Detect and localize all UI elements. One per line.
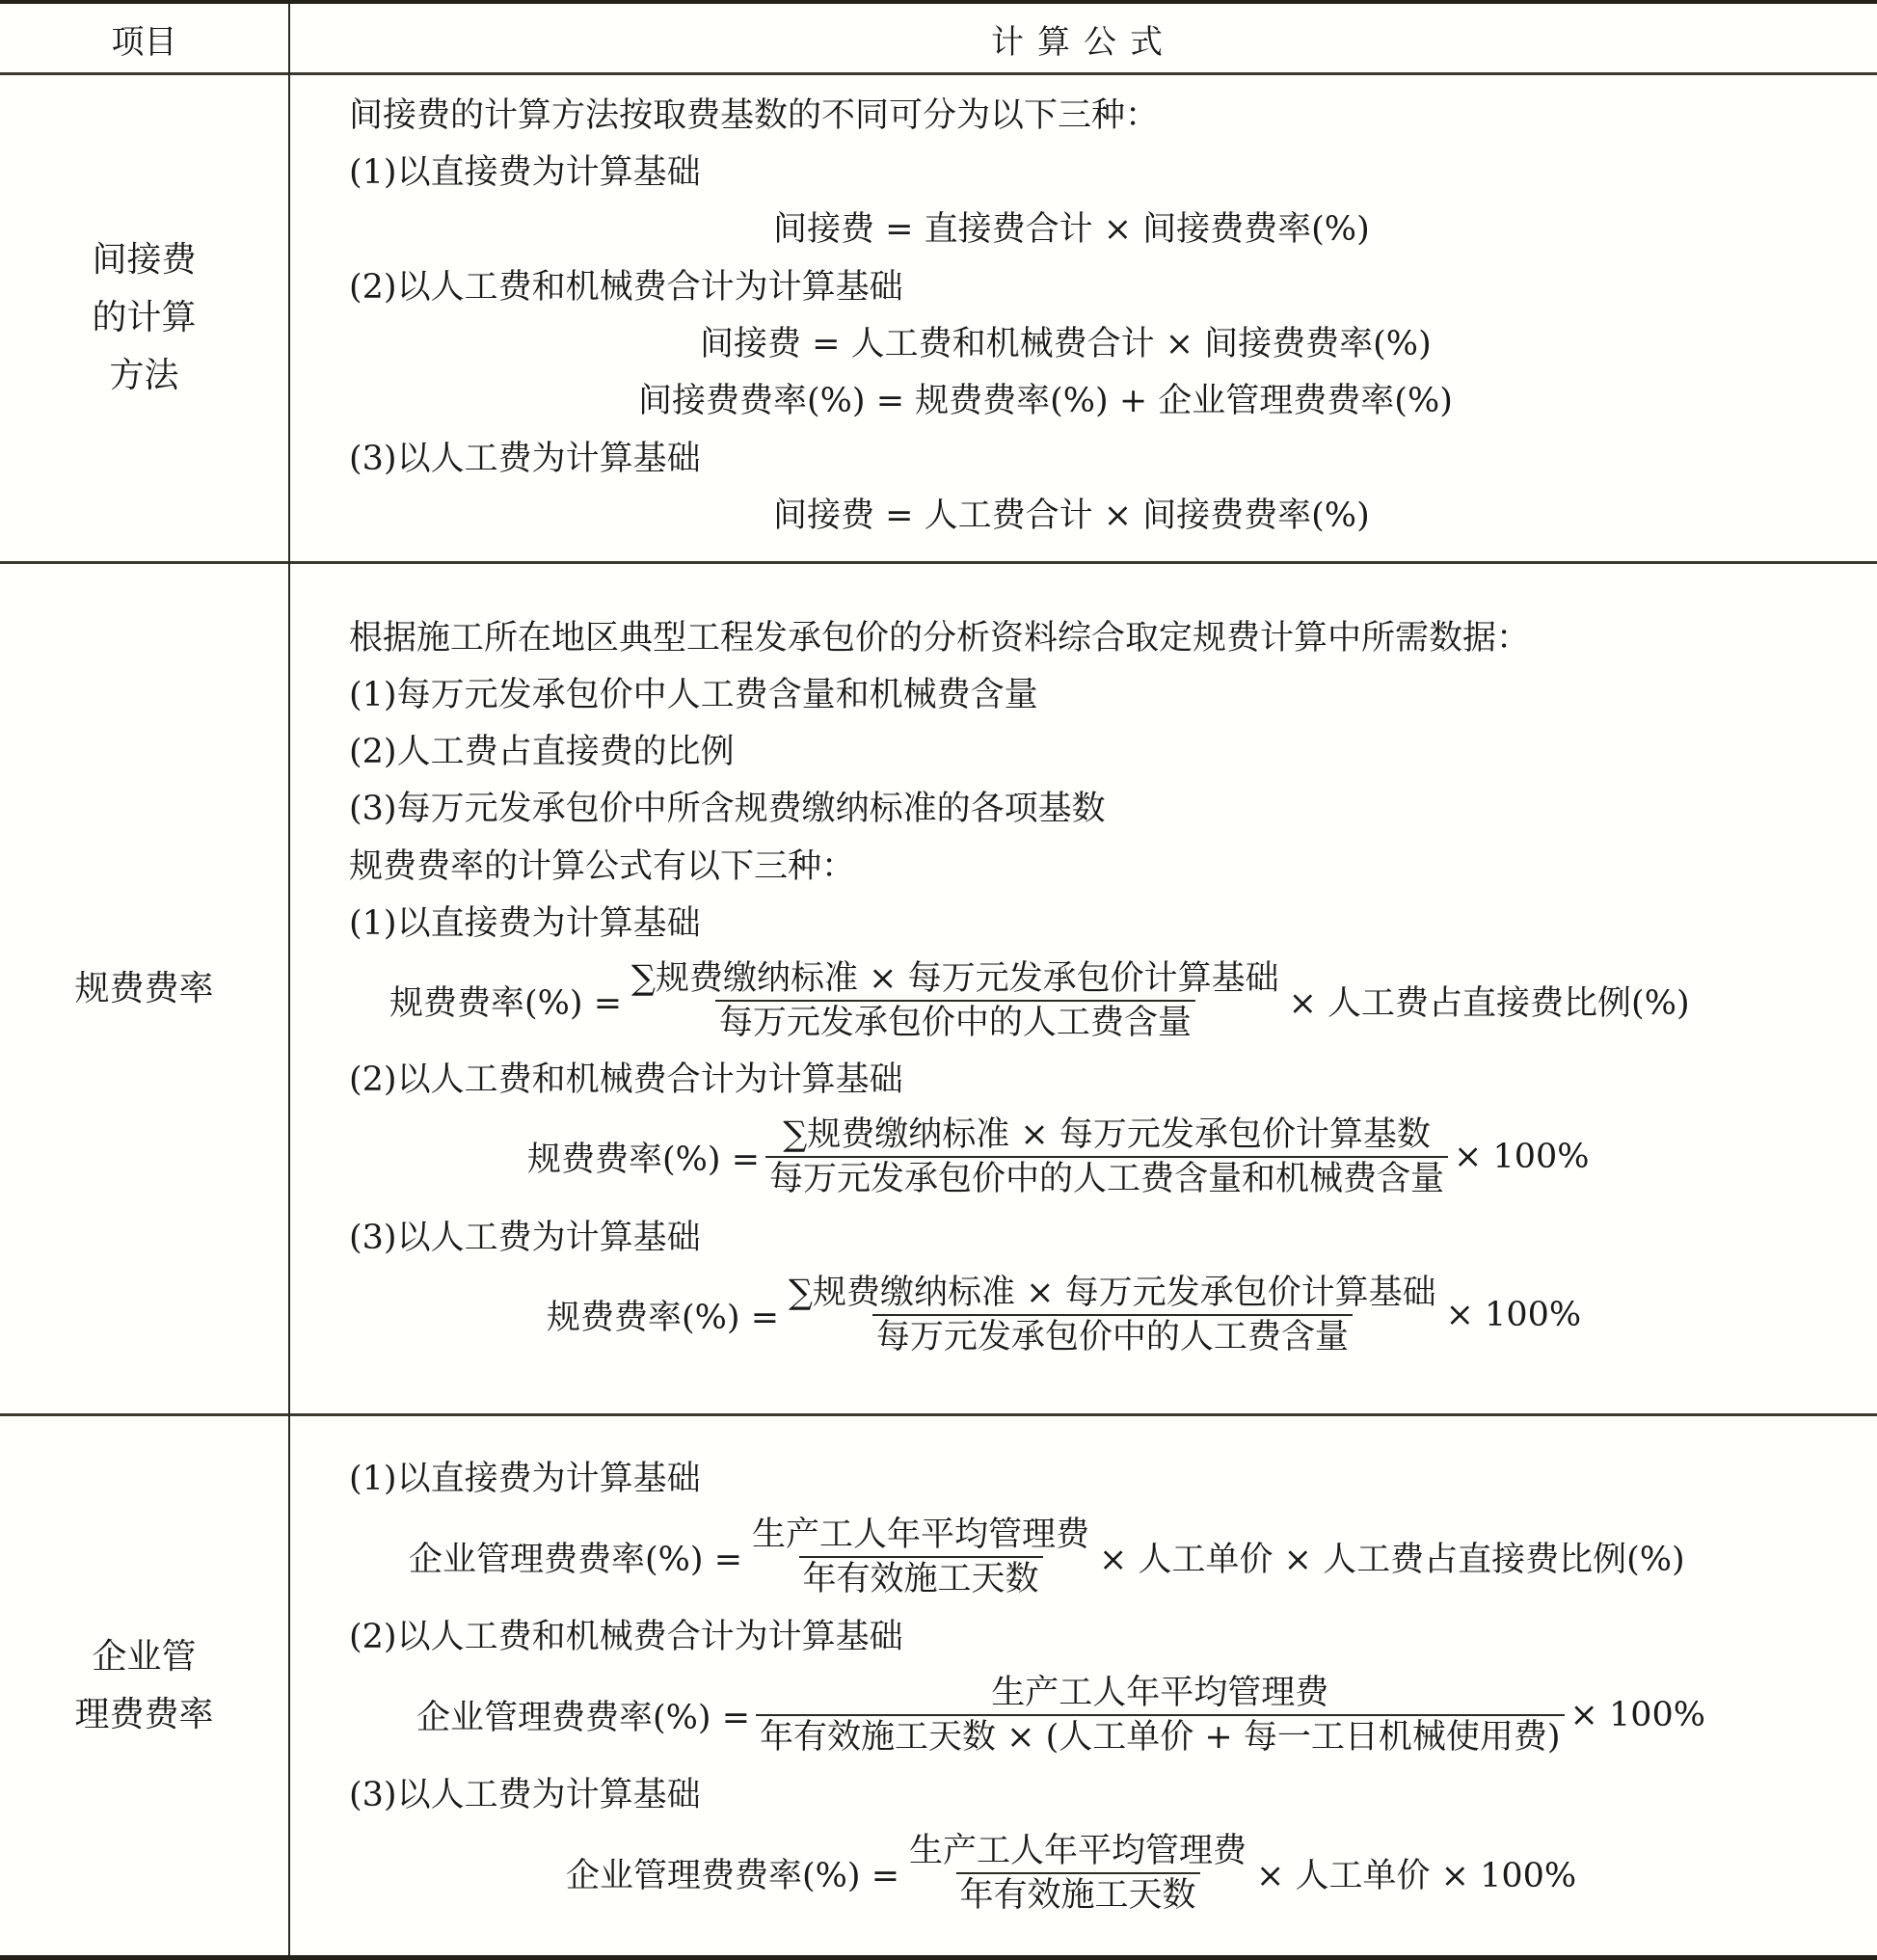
label-text: 企业管 理费费率 xyxy=(74,1628,213,1744)
denominator: 年有效施工天数 xyxy=(956,1872,1200,1915)
column-divider xyxy=(288,4,290,1955)
text-line: (3)以人工费为计算基础 xyxy=(349,1774,701,1816)
formula-lhs: 规费费率(%) = xyxy=(527,1133,760,1181)
numerator: 生产工人年平均管理费 xyxy=(905,1832,1250,1872)
label-text: 规费费率 xyxy=(74,960,213,1018)
numerator: 生产工人年平均管理费 xyxy=(987,1674,1332,1714)
text-line: (1)每万元发承包价中人工费含量和机械费含量 xyxy=(349,674,1038,716)
formula-line: 间接费费率(%) = 规费费率(%) + 企业管理费费率(%) xyxy=(638,380,1453,422)
row-label-indirect-cost: 间接费 的计算 方法 xyxy=(0,75,288,561)
numerator: ∑规费缴纳标准 × 每万元发承包价计算基础 xyxy=(628,959,1283,1000)
denominator: 每万元发承包价中的人工费含量 xyxy=(872,1314,1353,1356)
formula-lhs: 规费费率(%) = xyxy=(547,1291,779,1339)
header-item: 项目 xyxy=(0,4,288,73)
formula-statutory-1: 规费费率(%) = ∑规费缴纳标准 × 每万元发承包价计算基础 每万元发承包价中… xyxy=(389,959,1690,1042)
text-line: 规费费率的计算公式有以下三种： xyxy=(349,846,855,888)
formula-statutory-2: 规费费率(%) = ∑规费缴纳标准 × 每万元发承包价计算基数 每万元发承包价中… xyxy=(527,1115,1590,1198)
formula-rhs: × 100% xyxy=(1446,1296,1582,1334)
text-line: (3)以人工费为计算基础 xyxy=(349,438,701,480)
text-line: (3)以人工费为计算基础 xyxy=(349,1217,701,1259)
fraction: 生产工人年平均管理费 年有效施工天数 xyxy=(905,1832,1250,1915)
formula-line: 间接费 = 人工费合计 × 间接费费率(%) xyxy=(773,495,1370,537)
row-label-management-fee-rate: 企业管 理费费率 xyxy=(0,1416,288,1955)
formula-management-3: 企业管理费费率(%) = 生产工人年平均管理费 年有效施工天数 × 人工单价 ×… xyxy=(566,1832,1576,1915)
text-line: (2)以人工费和机械费合计为计算基础 xyxy=(349,1059,903,1101)
fraction: 生产工人年平均管理费 年有效施工天数 × (人工单价 + 每一工日机械使用费) xyxy=(756,1674,1564,1757)
text-line: (1)以直接费为计算基础 xyxy=(349,1458,701,1500)
numerator: ∑规费缴纳标准 × 每万元发承包价计算基数 xyxy=(779,1115,1435,1156)
text-line: (3)每万元发承包价中所含规费缴纳标准的各项基数 xyxy=(349,788,1106,830)
text-line: (2)人工费占直接费的比例 xyxy=(349,731,735,773)
formula-rhs: × 人工单价 × 人工费占直接费比例(%) xyxy=(1099,1533,1685,1581)
denominator: 每万元发承包价中的人工费含量和机械费含量 xyxy=(765,1156,1448,1198)
text-line: (1)以直接费为计算基础 xyxy=(349,151,701,194)
formula-line: 间接费 = 人工费和机械费合计 × 间接费费率(%) xyxy=(700,323,1432,365)
formula-management-1: 企业管理费费率(%) = 生产工人年平均管理费 年有效施工天数 × 人工单价 ×… xyxy=(409,1516,1685,1598)
fraction: ∑规费缴纳标准 × 每万元发承包价计算基础 每万元发承包价中的人工费含量 xyxy=(628,959,1283,1042)
numerator: ∑规费缴纳标准 × 每万元发承包价计算基础 xyxy=(785,1274,1440,1314)
formula-lhs: 企业管理费费率(%) = xyxy=(416,1691,750,1739)
header-formula: 计算公式 xyxy=(290,4,1877,73)
text-line: (2)以人工费和机械费合计为计算基础 xyxy=(349,1616,903,1658)
formula-table: 项目 计算公式 间接费 的计算 方法 间接费的计算方法按取费基数的不同可分为以下… xyxy=(0,0,1877,1960)
formula-lhs: 企业管理费费率(%) = xyxy=(409,1533,742,1581)
fraction: 生产工人年平均管理费 年有效施工天数 xyxy=(748,1516,1093,1598)
row-label-statutory-fee-rate: 规费费率 xyxy=(0,564,288,1413)
formula-rhs: × 人工单价 × 100% xyxy=(1256,1849,1576,1897)
formula-rhs: × 100% xyxy=(1454,1138,1590,1176)
denominator: 年有效施工天数 × (人工单价 + 每一工日机械使用费) xyxy=(756,1714,1564,1757)
text-line: 根据施工所在地区典型工程发承包价的分析资料综合取定规费计算中所需数据： xyxy=(349,617,1530,659)
formula-lhs: 企业管理费费率(%) = xyxy=(566,1849,899,1897)
formula-line: 间接费 = 直接费合计 × 间接费费率(%) xyxy=(773,208,1370,251)
table-bottom-border xyxy=(0,1955,1877,1960)
text-line: (1)以直接费为计算基础 xyxy=(349,902,701,945)
formula-management-2: 企业管理费费率(%) = 生产工人年平均管理费 年有效施工天数 × (人工单价 … xyxy=(416,1674,1705,1757)
formula-rhs: × 人工费占直接费比例(%) xyxy=(1289,977,1690,1025)
fraction: ∑规费缴纳标准 × 每万元发承包价计算基数 每万元发承包价中的人工费含量和机械费… xyxy=(765,1115,1448,1198)
text-line: 间接费的计算方法按取费基数的不同可分为以下三种： xyxy=(349,94,1159,137)
formula-statutory-3: 规费费率(%) = ∑规费缴纳标准 × 每万元发承包价计算基础 每万元发承包价中… xyxy=(547,1274,1581,1356)
denominator: 每万元发承包价中的人工费含量 xyxy=(715,1000,1195,1042)
fraction: ∑规费缴纳标准 × 每万元发承包价计算基础 每万元发承包价中的人工费含量 xyxy=(785,1274,1440,1356)
formula-rhs: × 100% xyxy=(1570,1696,1706,1734)
numerator: 生产工人年平均管理费 xyxy=(748,1516,1093,1556)
label-text: 间接费 的计算 方法 xyxy=(92,231,196,405)
denominator: 年有效施工天数 xyxy=(799,1556,1043,1598)
text-line: (2)以人工费和机械费合计为计算基础 xyxy=(349,266,903,309)
formula-lhs: 规费费率(%) = xyxy=(389,977,622,1025)
